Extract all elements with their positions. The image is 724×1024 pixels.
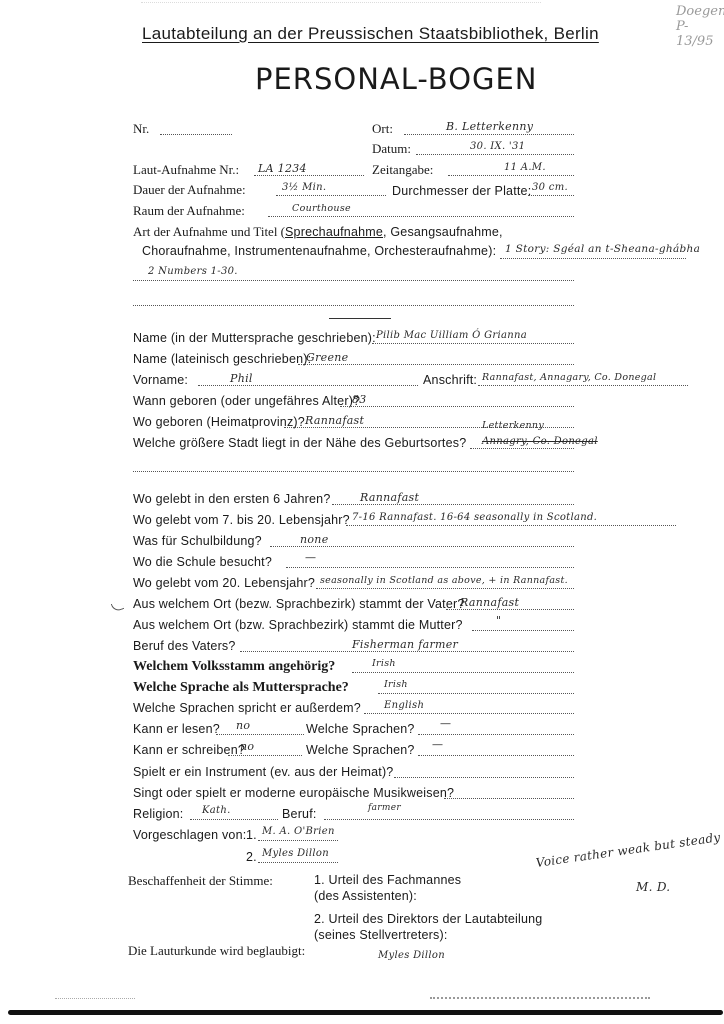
zeit-value: 11 A.M. — [504, 162, 546, 173]
beglaubigt-label: Die Lauturkunde wird beglaubigt: — [128, 943, 305, 959]
first6-field[interactable] — [332, 504, 574, 505]
durchmesser-label: Durchmesser der Platte: — [392, 184, 531, 198]
beruf-value: farmer — [368, 803, 401, 813]
schreiben-value: no — [240, 740, 254, 753]
volksstamm-field[interactable] — [352, 672, 574, 673]
age7-20-field[interactable] — [346, 525, 676, 526]
dauer-label: Dauer der Aufnahme: — [133, 182, 246, 198]
sprachen-value: English — [384, 700, 424, 711]
voice-annotation: Voice rather weak but steady — [535, 830, 721, 870]
durchmesser-field[interactable] — [528, 195, 574, 196]
first6-label: Wo gelebt in den ersten 6 Jahren? — [133, 492, 330, 506]
section-divider — [329, 318, 391, 319]
beruf-field[interactable] — [324, 819, 574, 820]
schreiben-sprachen-field[interactable] — [418, 755, 574, 756]
geboren-value: 83 — [352, 393, 367, 406]
age20-field[interactable] — [316, 588, 574, 589]
muttersprache-label: Welche Sprache als Muttersprache? — [133, 680, 349, 696]
age7-20-label: Wo gelebt vom 7. bis 20. Lebensjahr? — [133, 513, 350, 527]
volksstamm-label: Welchem Volksstamm angehörig? — [133, 659, 335, 675]
ort-value: B. Letterkenny — [446, 120, 533, 133]
art-label-line1: Art der Aufnahme und Titel (Sprechaufnah… — [133, 224, 503, 240]
person-extra-field[interactable] — [133, 471, 574, 472]
dauer-value: 3½ Min. — [282, 182, 326, 193]
margin-pencil-mark — [111, 600, 124, 612]
schule-ort-field[interactable] — [286, 567, 574, 568]
beglaubigt-signature: Myles Dillon — [378, 950, 445, 961]
schule-label: Was für Schulbildung? — [133, 534, 262, 548]
lesen-sprachen-value: — — [440, 717, 451, 730]
first6-value: Rannafast — [360, 491, 419, 504]
sprachen-label: Welche Sprachen spricht er außerdem? — [133, 701, 361, 715]
art-label-post: , Gesangsaufnahme, — [383, 225, 503, 239]
vorname-field[interactable] — [198, 385, 418, 386]
lesen-label: Kann er lesen? — [133, 722, 220, 736]
name-latin-value: Greene — [306, 351, 348, 364]
lesen-sprachen-field[interactable] — [418, 734, 574, 735]
name-latin-label: Name (lateinisch geschrieben): — [133, 352, 311, 366]
vater-ort-value: Rannafast — [460, 596, 519, 609]
name-mother-value: Pilib Mac Uilliam Ó Grianna — [376, 330, 527, 341]
datum-field[interactable] — [416, 154, 574, 155]
form-title: PERSONAL-BOGEN — [255, 62, 538, 96]
mutter-ort-field[interactable] — [472, 630, 574, 631]
wo-geboren-label: Wo geboren (Heimatprovinz)? — [133, 415, 305, 429]
schule-value: none — [300, 533, 329, 546]
geboren-field[interactable] — [340, 406, 574, 407]
vorgeschlagen-field-1[interactable] — [258, 840, 338, 841]
anschrift-field[interactable] — [478, 385, 688, 386]
wo-geboren-value: Rannafast — [305, 414, 364, 427]
mutter-ort-label: Aus welchem Ort (bzw. Sprachbezirk) stam… — [133, 618, 463, 632]
archive-stamp: Doegen P-13/95 — [676, 4, 722, 49]
stadt-value: Annagry, Co. Donegal — [482, 436, 598, 447]
dauer-field[interactable] — [276, 195, 386, 196]
muttersprache-field[interactable] — [378, 693, 574, 694]
vorgeschlagen-number-1: 1. — [246, 828, 257, 842]
beruf-vater-value: Fisherman farmer — [352, 638, 458, 651]
vorname-label: Vorname: — [133, 373, 188, 387]
ort-label: Ort: — [372, 121, 393, 137]
name-mother-label: Name (in der Muttersprache geschrieben): — [133, 331, 376, 345]
urteil-2-line2: (seines Stellvertreters): — [314, 928, 448, 942]
art-label-pre: Art der Aufnahme und Titel ( — [133, 224, 285, 239]
datum-value: 30. IX. '31 — [470, 141, 525, 152]
stimme-label: Beschaffenheit der Stimme: — [128, 873, 273, 889]
bottom-rule — [8, 1010, 723, 1015]
religion-value: Kath. — [202, 805, 231, 816]
nr-label: Nr. — [133, 121, 149, 137]
urteil-1-line1: 1. Urteil des Fachmannes — [314, 873, 461, 887]
urteil-2-line1: 2. Urteil des Direktors der Lautabteilun… — [314, 912, 542, 926]
nr-field[interactable] — [160, 134, 232, 135]
beruf-vater-label: Beruf des Vaters? — [133, 639, 236, 653]
musik-label: Singt oder spielt er moderne europäische… — [133, 786, 454, 800]
datum-label: Datum: — [372, 141, 411, 157]
zeit-field[interactable] — [448, 175, 574, 176]
mutter-ort-value: " — [496, 614, 501, 627]
stadt-value-struck: Annagry, Co. Donegal — [482, 436, 598, 447]
schule-field[interactable] — [270, 546, 574, 547]
instrument-label: Spielt er ein Instrument (ev. aus der He… — [133, 765, 393, 779]
schreiben-sprachen-label: Welche Sprachen? — [306, 743, 415, 757]
age20-label: Wo gelebt vom 20. Lebensjahr? — [133, 576, 315, 590]
lesen-value: no — [236, 719, 250, 732]
geboren-label: Wann geboren (oder ungefähres Alter)? — [133, 394, 360, 408]
volksstamm-value: Irish — [372, 658, 396, 669]
name-mother-field[interactable] — [372, 343, 574, 344]
vorgeschlagen-field-2[interactable] — [258, 862, 338, 863]
lesen-sprachen-label: Welche Sprachen? — [306, 722, 415, 736]
scan-noise — [55, 998, 135, 999]
age7-20-value: 7-16 Rannafast. 16-64 seasonally in Scot… — [352, 512, 597, 523]
art-label-selected-type: Sprechaufnahme — [285, 225, 383, 239]
sprachen-field[interactable] — [364, 713, 574, 714]
age20-value: seasonally in Scotland as above, + in Ra… — [320, 575, 568, 586]
beruf-vater-field[interactable] — [240, 651, 574, 652]
vorname-value: Phil — [230, 372, 253, 385]
religion-label: Religion: — [133, 807, 183, 821]
art-value-1: 1 Story: Sgéal an t-Sheana-ghábha — [505, 243, 700, 255]
name-latin-field[interactable] — [298, 364, 574, 365]
zeit-label: Zeitangabe: — [372, 162, 433, 178]
art-label-line2: Choraufnahme, Instrumentenaufnahme, Orch… — [142, 244, 496, 258]
top-scan-artifact — [141, 2, 541, 3]
durchmesser-value: 30 cm. — [532, 182, 568, 193]
vorgeschlagen-value-2: Myles Dillon — [262, 848, 329, 859]
raum-value: Courthouse — [292, 203, 351, 214]
art-field-1[interactable] — [500, 258, 686, 259]
scan-noise — [430, 997, 650, 999]
muttersprache-value: Irish — [384, 679, 408, 690]
anschrift-value: Rannafast, Annagary, Co. Donegal — [482, 372, 656, 383]
stadt-correction: Letterkenny — [482, 420, 544, 431]
beruf-label: Beruf: — [282, 807, 317, 821]
art-field-3[interactable] — [133, 305, 574, 306]
schreiben-sprachen-value: — — [432, 738, 443, 751]
urteil-1-line2: (des Assistenten): — [314, 889, 417, 903]
vater-ort-field[interactable] — [446, 609, 574, 610]
stadt-field[interactable] — [470, 448, 574, 449]
vater-ort-label: Aus welchem Ort (bezw. Sprachbezirk) sta… — [133, 597, 465, 611]
lesen-field[interactable] — [216, 734, 304, 735]
schreiben-field[interactable] — [228, 755, 302, 756]
voice-annotation-initials: M. D. — [636, 880, 670, 894]
raum-field[interactable] — [268, 216, 574, 217]
religion-field[interactable] — [190, 819, 278, 820]
art-field-2[interactable] — [133, 280, 574, 281]
vorgeschlagen-label: Vorgeschlagen von: — [133, 828, 246, 842]
musik-field[interactable] — [444, 798, 574, 799]
laut-nr-label: Laut-Aufnahme Nr.: — [133, 162, 239, 178]
laut-nr-field[interactable] — [254, 175, 364, 176]
institution-heading: Lautabteilung an der Preussischen Staats… — [142, 24, 599, 44]
schule-ort-label: Wo die Schule besucht? — [133, 555, 272, 569]
instrument-field[interactable] — [394, 777, 574, 778]
anschrift-label: Anschrift: — [423, 373, 477, 387]
ort-field[interactable] — [404, 134, 574, 135]
raum-label: Raum der Aufnahme: — [133, 203, 245, 219]
vorgeschlagen-number-2: 2. — [246, 850, 257, 864]
art-value-2: 2 Numbers 1-30. — [148, 266, 238, 277]
vorgeschlagen-value-1: M. A. O'Brien — [262, 826, 335, 837]
schule-ort-value: — — [305, 551, 316, 564]
laut-nr-value: LA 1234 — [258, 162, 307, 175]
stadt-label: Welche größere Stadt liegt in der Nähe d… — [133, 436, 466, 450]
